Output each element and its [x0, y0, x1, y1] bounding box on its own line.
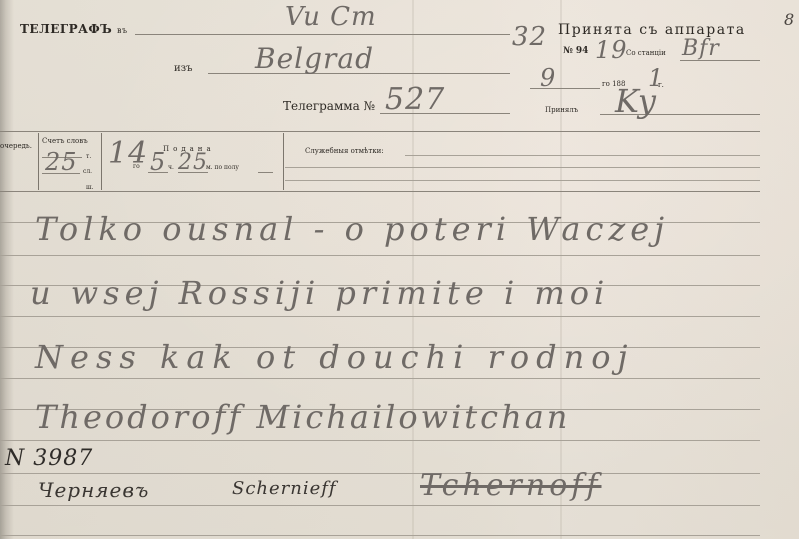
filed-minute-handwritten: 25	[178, 150, 208, 175]
filed-day-suffix: го	[133, 163, 140, 170]
destination-handwritten: Vu Cm	[285, 2, 377, 32]
message-line-3: Ness kak ot douchi rodnoj	[35, 338, 634, 376]
info-divider	[101, 133, 102, 190]
accepted-handwritten: Ky	[615, 82, 657, 120]
signature-latin: Schernieff	[232, 478, 337, 499]
word-count-row-sh: ш.	[86, 184, 94, 191]
info-row-top-line	[0, 131, 760, 132]
ruled-line	[0, 316, 760, 317]
telegram-no-label: Телеграмма №	[283, 99, 375, 113]
info-divider	[283, 133, 284, 190]
telegram-no-handwritten: 527	[385, 82, 445, 117]
word-count-handwritten: 25	[45, 148, 78, 176]
from-station-handwritten: Bfr	[682, 36, 720, 61]
ruled-line	[0, 473, 760, 474]
filed-tail-line	[258, 172, 273, 173]
word-count-row-t: т.	[86, 153, 91, 160]
signature-crossed: Tchernoff	[420, 468, 602, 503]
word-count-title: Счетъ словъ	[42, 137, 88, 145]
left-cut-label: очередь.	[0, 142, 32, 150]
info-divider	[38, 133, 39, 190]
paper-fold	[412, 0, 414, 539]
from-label: изъ	[174, 63, 192, 74]
paper-fold	[560, 0, 562, 539]
filed-hour-handwritten: 5	[150, 148, 166, 176]
ruled-line	[0, 440, 760, 441]
telegraph-prep: въ	[117, 26, 128, 35]
message-line-1: Tolko ousnal - o poteri Waczej	[35, 210, 669, 248]
telegram-paper	[0, 0, 799, 539]
word-count-row-sl: сл.	[83, 168, 92, 175]
date-day-handwritten: 9	[540, 64, 556, 92]
filed-date-handwritten: 14	[108, 136, 148, 171]
destination-line	[135, 34, 510, 35]
ruled-line	[0, 535, 760, 536]
ruled-line	[0, 378, 760, 379]
hour-label: ч.	[168, 164, 174, 171]
margin-number-handwritten: 32	[512, 22, 547, 52]
message-line-4: Theodoroff Michailowitchan	[35, 398, 570, 436]
service-notes-line	[285, 167, 760, 168]
message-line-2: u wsej Rossiji primite i moi	[30, 274, 609, 312]
page-number-handwritten: 8	[784, 10, 795, 29]
origin-handwritten: Belgrad	[255, 42, 374, 75]
accepted-label: Принялъ	[545, 106, 578, 114]
ruled-line	[0, 255, 760, 256]
service-notes-line	[285, 180, 760, 181]
minute-label: м. по полу	[206, 164, 239, 171]
info-row-bottom-line	[0, 191, 760, 192]
ruled-line	[0, 505, 760, 506]
received-no-label: № 94	[563, 46, 588, 56]
service-notes-line	[405, 155, 760, 156]
received-no-handwritten: 19	[595, 36, 628, 64]
reference-handwritten: N 3987	[5, 446, 93, 471]
telegraph-label: ТЕЛЕГРАФЪ	[20, 22, 112, 36]
year-label: г.	[658, 81, 664, 89]
from-station-label: Со станціи	[626, 49, 666, 57]
signature-cyrillic: Черняевъ	[38, 478, 149, 502]
service-notes-label: Служебныя отмѣтки:	[305, 147, 384, 155]
